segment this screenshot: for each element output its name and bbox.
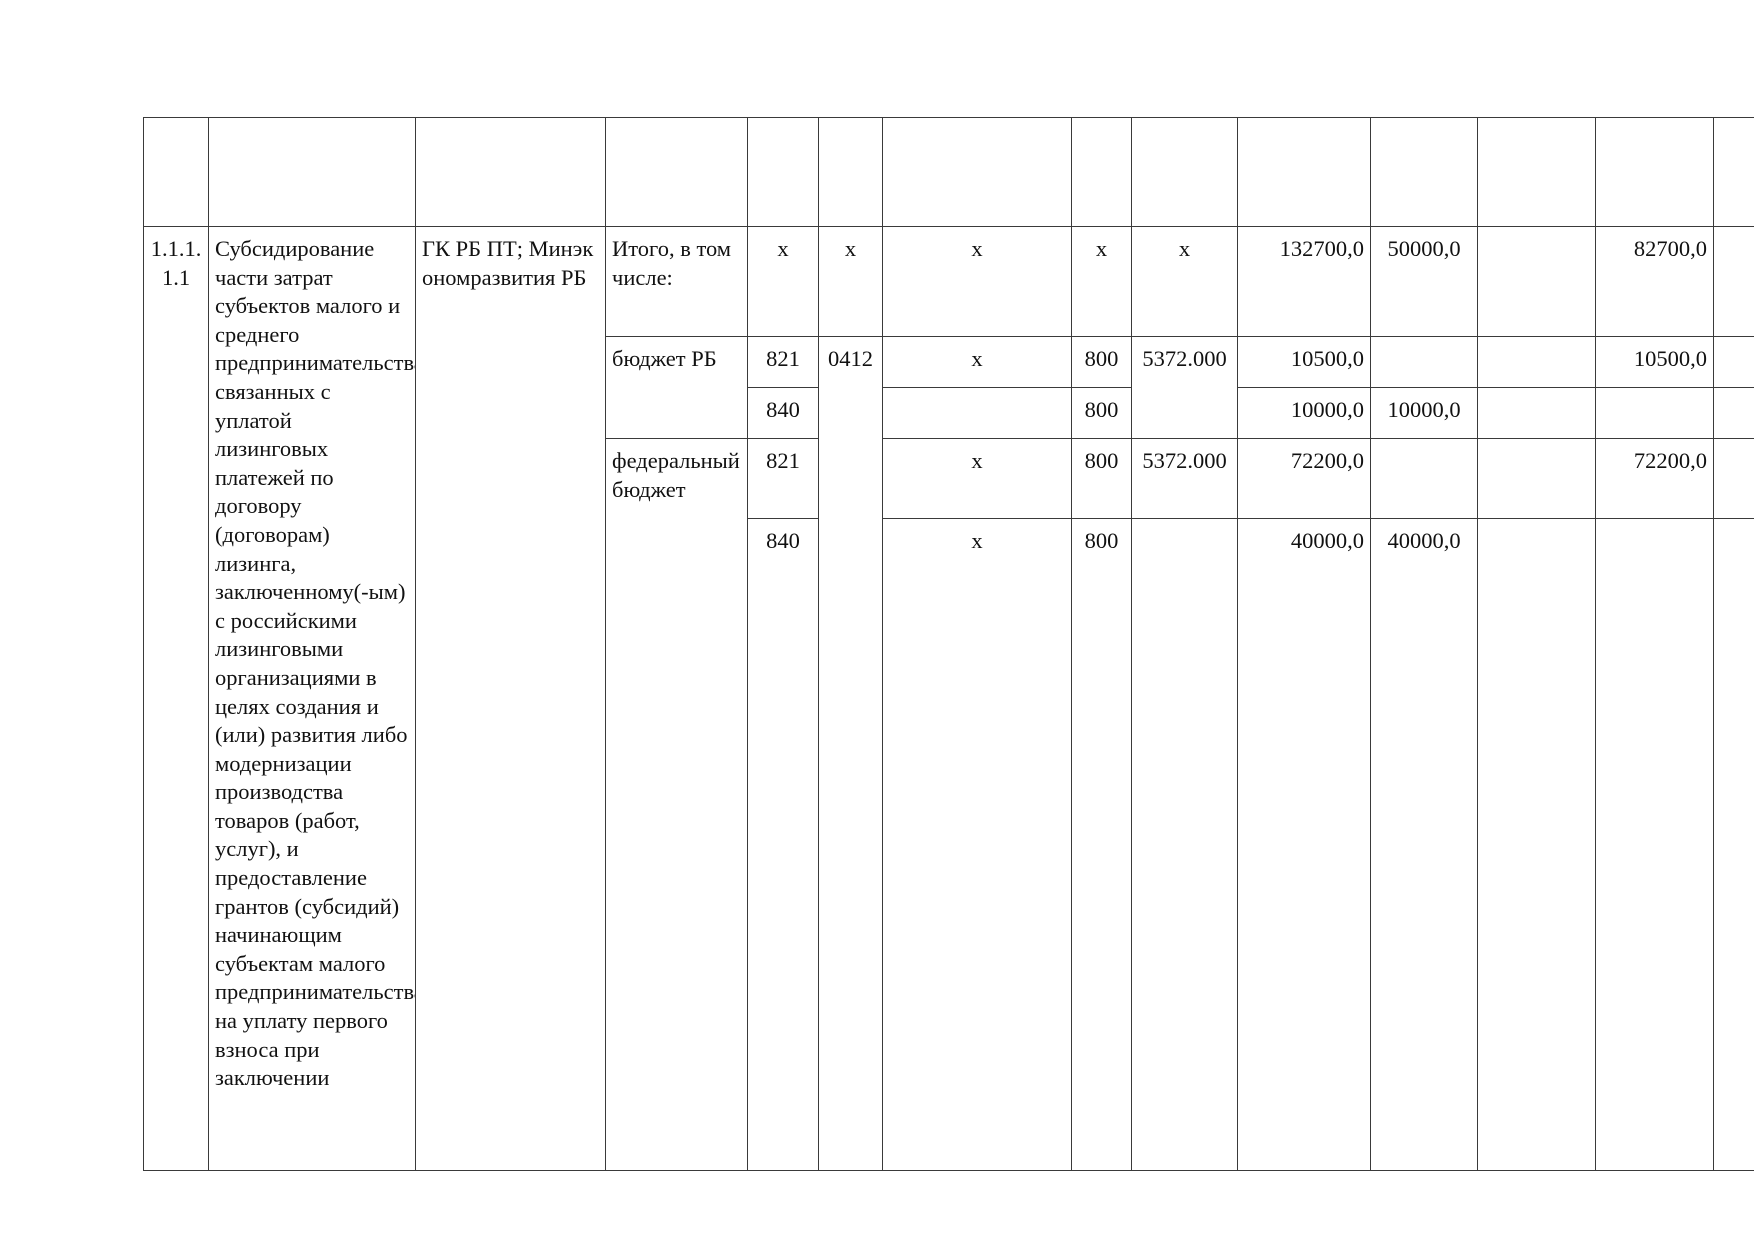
cut-off-cell bbox=[1714, 227, 1754, 337]
fed-840-sum-1: 40000,0 bbox=[1371, 519, 1478, 1171]
rb-code: 5372.000 bbox=[1132, 337, 1238, 439]
fed-821-sum-1 bbox=[1371, 439, 1478, 519]
total-vr: x bbox=[1072, 227, 1132, 337]
fed-821-sum-2 bbox=[1478, 439, 1596, 519]
rb-840-sum-2 bbox=[1478, 388, 1596, 439]
budget-rb-label: бюджет РБ bbox=[606, 337, 748, 439]
cut-off-cell bbox=[1714, 388, 1754, 439]
rb-821-sum-1 bbox=[1371, 337, 1478, 388]
cut-off-cell bbox=[1714, 519, 1754, 1171]
fed-840-sum-2 bbox=[1478, 519, 1596, 1171]
fed-821-grbs: 821 bbox=[748, 439, 819, 519]
rb-840-sum-1: 10000,0 bbox=[1371, 388, 1478, 439]
fed-840-grbs: 840 bbox=[748, 519, 819, 1171]
cut-off-cell bbox=[1714, 337, 1754, 388]
fed-840-sum-3 bbox=[1596, 519, 1714, 1171]
fed-840-vr: 800 bbox=[1072, 519, 1132, 1171]
fed-821-csr: x bbox=[883, 439, 1072, 519]
row-number: 1.1.1.1.1 bbox=[144, 227, 209, 1171]
rb-821-sum: 10500,0 bbox=[1238, 337, 1371, 388]
rb-821-csr: x bbox=[883, 337, 1072, 388]
header-row bbox=[144, 118, 1754, 227]
total-sum-2 bbox=[1478, 227, 1596, 337]
table-row-total: 1.1.1.1.1 Субсидирование части затрат су… bbox=[144, 227, 1754, 337]
total-sum-3: 82700,0 bbox=[1596, 227, 1714, 337]
total-csr: x bbox=[883, 227, 1072, 337]
header-cell bbox=[1371, 118, 1478, 227]
fed-821-sum: 72200,0 bbox=[1238, 439, 1371, 519]
total-sum: 132700,0 bbox=[1238, 227, 1371, 337]
fed-840-csr: x bbox=[883, 519, 1072, 1171]
header-cell bbox=[748, 118, 819, 227]
header-cell bbox=[209, 118, 416, 227]
header-cell bbox=[883, 118, 1072, 227]
fed-840-sum: 40000,0 bbox=[1238, 519, 1371, 1171]
rb-821-vr: 800 bbox=[1072, 337, 1132, 388]
rb-821-sum-3: 10500,0 bbox=[1596, 337, 1714, 388]
total-sum-1: 50000,0 bbox=[1371, 227, 1478, 337]
document-page: 1.1.1.1.1 Субсидирование части затрат су… bbox=[0, 0, 1754, 1240]
header-cell bbox=[1072, 118, 1132, 227]
header-cell bbox=[1132, 118, 1238, 227]
rz-pr-code: 0412 bbox=[819, 337, 883, 1171]
fed-821-sum-3: 72200,0 bbox=[1596, 439, 1714, 519]
rb-840-sum: 10000,0 bbox=[1238, 388, 1371, 439]
total-rz-pr: x bbox=[819, 227, 883, 337]
header-cell bbox=[1478, 118, 1596, 227]
total-grbs: x bbox=[748, 227, 819, 337]
row-description: Субсидирование части затрат субъектов ма… bbox=[209, 227, 416, 1171]
rb-821-grbs: 821 bbox=[748, 337, 819, 388]
row-executor: ГК РБ ПТ; Минэкономразвития РБ bbox=[416, 227, 606, 1171]
fed-821-code: 5372.000 bbox=[1132, 439, 1238, 519]
cut-off-cell bbox=[1714, 439, 1754, 519]
fed-840-code bbox=[1132, 519, 1238, 1171]
header-cell bbox=[606, 118, 748, 227]
rb-840-vr: 800 bbox=[1072, 388, 1132, 439]
budget-table: 1.1.1.1.1 Субсидирование части затрат су… bbox=[143, 117, 1754, 1171]
federal-label: федеральный бюджет bbox=[606, 439, 748, 1171]
rb-821-sum-2 bbox=[1478, 337, 1596, 388]
rb-840-grbs: 840 bbox=[748, 388, 819, 439]
header-cell bbox=[1238, 118, 1371, 227]
header-cell bbox=[819, 118, 883, 227]
total-label: Итого, в том числе: bbox=[606, 227, 748, 337]
header-cell bbox=[1714, 118, 1754, 227]
rb-840-csr bbox=[883, 388, 1072, 439]
header-cell bbox=[416, 118, 606, 227]
total-code: x bbox=[1132, 227, 1238, 337]
header-cell bbox=[1596, 118, 1714, 227]
fed-821-vr: 800 bbox=[1072, 439, 1132, 519]
rb-840-sum-3 bbox=[1596, 388, 1714, 439]
header-cell bbox=[144, 118, 209, 227]
